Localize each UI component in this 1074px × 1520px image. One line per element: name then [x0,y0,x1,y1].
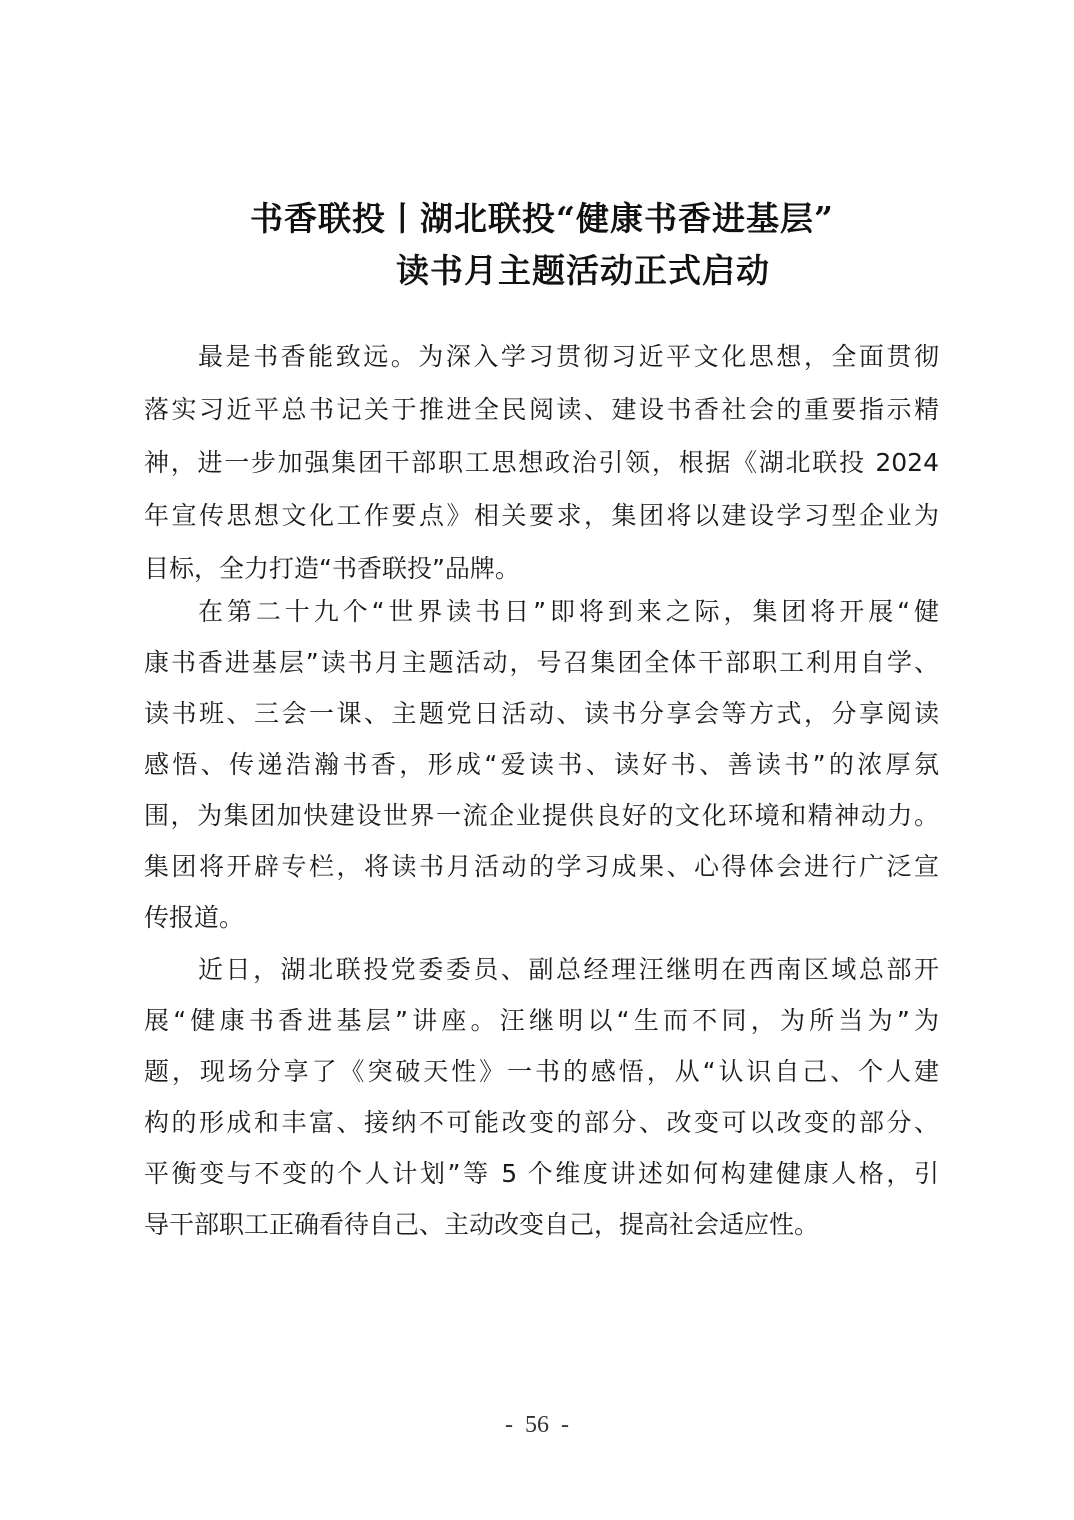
paragraph-line: 导干部职工正确看待自己、主动改变自己，提高社会适应性。 [144,1210,939,1240]
paragraph-line: 最是书香能致远。为深入学习贯彻习近平文化思想，全面贯彻 [198,342,939,372]
paragraph-line: 年宣传思想文化工作要点》相关要求，集团将以建设学习型企业为 [144,501,939,531]
paragraph-line: 在第二十九个“世界读书日”即将到来之际，集团将开展“健 [198,597,939,627]
paragraph-line: 康书香进基层”读书月主题活动，号召集团全体干部职工利用自学、 [144,648,939,678]
paragraph-line: 近日，湖北联投党委委员、副总经理汪继明在西南区域总部开 [198,955,939,985]
paragraph-line: 落实习近平总书记关于推进全民阅读、建设书香社会的重要指示精 [144,395,939,425]
paragraph-line: 围，为集团加快建设世界一流企业提供良好的文化环境和精神动力。 [144,801,939,831]
document-page: 书香联投丨湖北联投“健康书香进基层” 读书月主题活动正式启动 最是书香能致远。为… [0,0,1074,1520]
paragraph-line: 读书班、三会一课、主题党日活动、读书分享会等方式，分享阅读 [144,699,939,729]
paragraph-line: 神，进一步加强集团干部职工思想政治引领，根据《湖北联投 2024 [144,448,939,478]
paragraph-line: 平衡变与不变的个人计划”等 5 个维度讲述如何构建健康人格，引 [144,1159,939,1189]
article-title-line-1: 书香联投丨湖北联投“健康书香进基层” [250,193,834,240]
paragraph-line: 传报道。 [144,903,939,933]
paragraph-line: 构的形成和丰富、接纳不可能改变的部分、改变可以改变的部分、 [144,1108,939,1138]
paragraph-line: 题，现场分享了《突破天性》一书的感悟，从“认识自己、个人建 [144,1057,939,1087]
page-number: - 56 - [0,1412,1074,1439]
paragraph-line: 集团将开辟专栏，将读书月活动的学习成果、心得体会进行广泛宣 [144,852,939,882]
paragraph-line: 目标，全力打造“书香联投”品牌。 [144,554,939,584]
paragraph-line: 感悟、传递浩瀚书香，形成“爱读书、读好书、善读书”的浓厚氛 [144,750,939,780]
article-title-line-2: 读书月主题活动正式启动 [396,245,770,292]
paragraph-line: 展“健康书香进基层”讲座。汪继明以“生而不同，为所当为”为 [144,1006,939,1036]
